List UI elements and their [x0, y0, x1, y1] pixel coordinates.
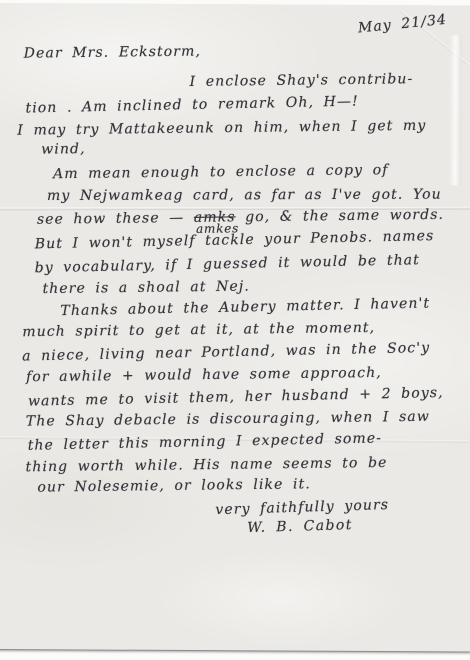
handwritten-line: wants me to visit them, her husband + 2 …: [28, 386, 444, 409]
scanned-letter: May 21/34 Dear Mrs. Eckstorm, I enclose …: [0, 0, 470, 660]
salutation-line: Dear Mrs. Eckstorm,: [24, 45, 201, 61]
signature: W. B. Cabot: [247, 518, 353, 535]
letter-page: May 21/34 Dear Mrs. Eckstorm, I enclose …: [0, 3, 470, 651]
closing-line: very faithfully yours: [215, 498, 389, 517]
handwritten-line: Thanks about the Aubery matter. I haven'…: [60, 296, 430, 318]
handwritten-line: by vocabulary, if I guessed it would be …: [35, 253, 421, 275]
handwritten-line: Am mean enough to enclose a copy of: [53, 163, 389, 181]
handwritten-line: The Shay debacle is discouraging, when I…: [26, 410, 430, 429]
handwritten-line: I enclose Shay's contribu-: [190, 72, 414, 89]
handwritten-line: tion . Am inclined to remark Oh, H—!: [25, 95, 359, 116]
handwritten-line: much spirit to get at it, at the moment,: [22, 321, 375, 339]
handwritten-line: see how these — amksamkes go, & the same…: [37, 208, 444, 227]
handwritten-line: wind,: [41, 142, 86, 157]
line-text: see how these —: [37, 210, 185, 228]
handwritten-line: there is a shoal at Nej.: [42, 280, 249, 297]
handwritten-line: a niece, living near Portland, was in th…: [22, 341, 430, 364]
strikethrough-word: amksamkes: [194, 210, 236, 225]
handwritten-line: I may try Mattakeeunk on him, when I get…: [17, 119, 426, 138]
handwritten-line: the letter this morning I expected some-: [28, 431, 383, 452]
edge-crease: [449, 35, 462, 185]
handwritten-line: our Nolesemie, or looks like it.: [37, 477, 311, 494]
handwritten-line: my Nejwamkeag card, as far as I've got. …: [47, 188, 442, 203]
letter-date: May 21/34: [357, 13, 447, 36]
line-text: go, & the same words.: [245, 207, 444, 225]
handwritten-line: But I won't myself tackle your Penobs. n…: [35, 229, 435, 251]
handwritten-line: thing worth while. His name seems to be: [26, 456, 388, 474]
handwritten-line: for awhile + would have some approach,: [26, 366, 382, 384]
